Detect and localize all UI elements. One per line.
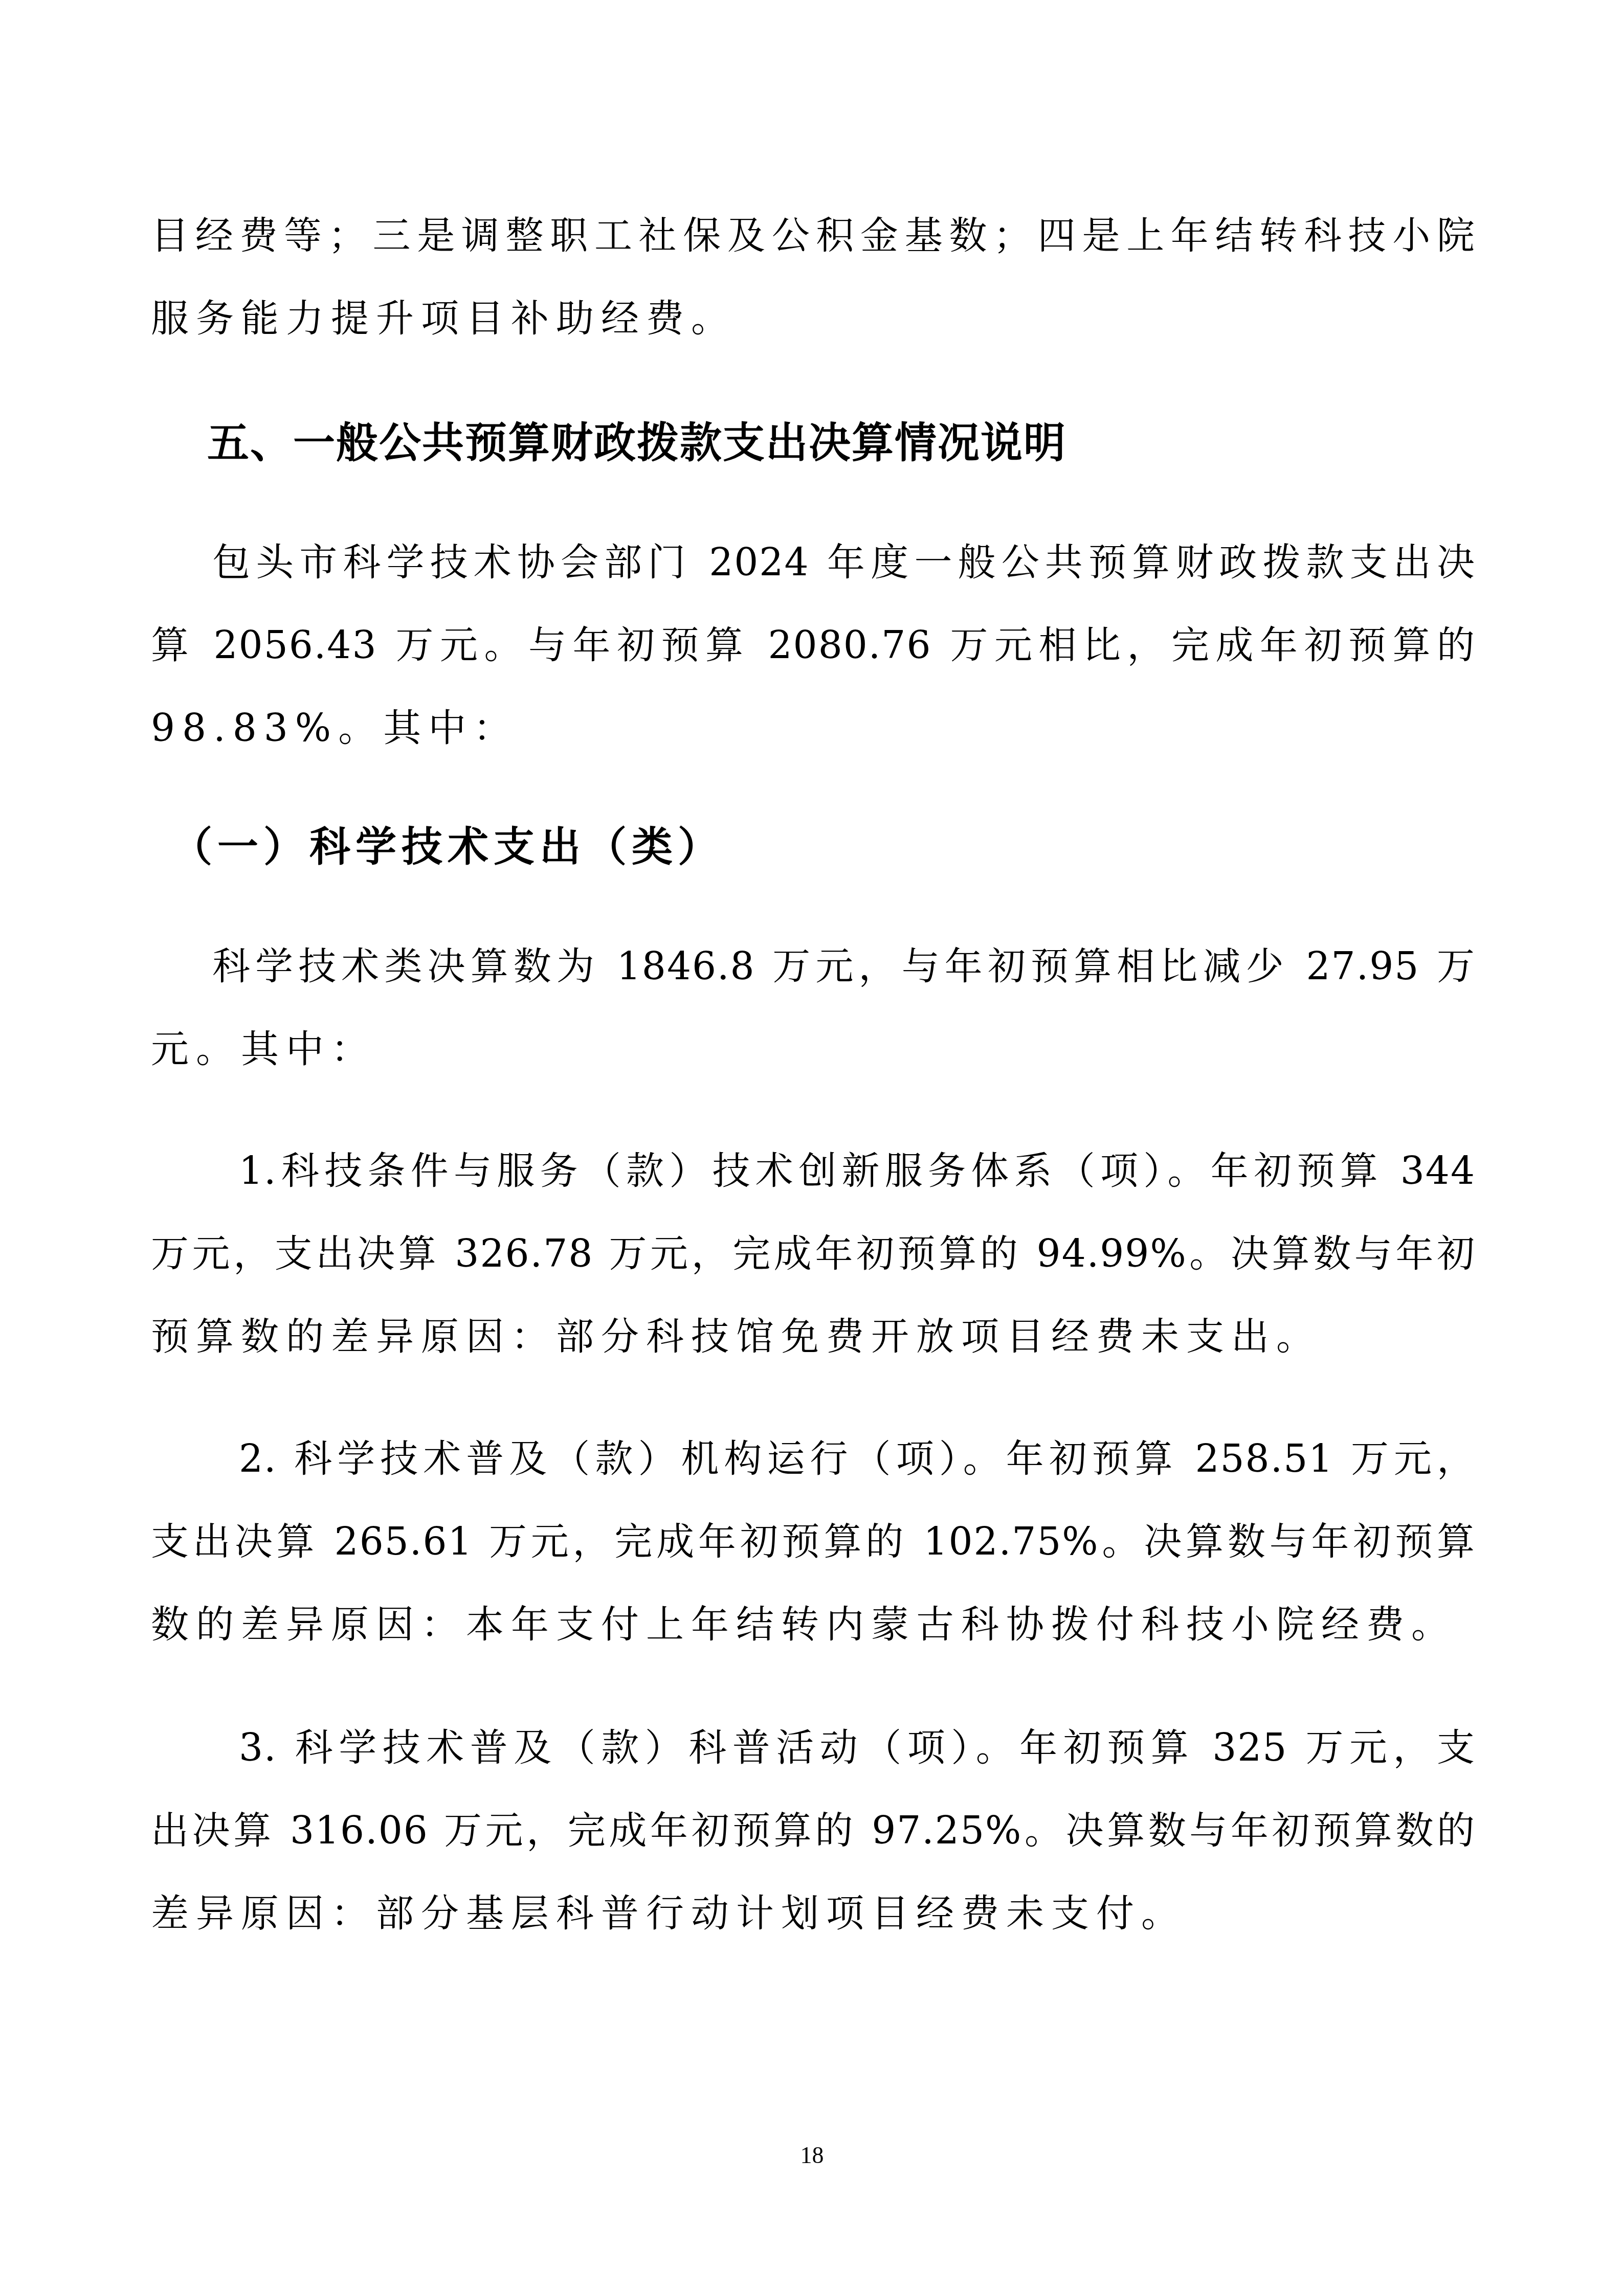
document-page: 目经费等；三是调整职工社保及公积金基数；四是上年结转科技小院 服务能力提升项目补… xyxy=(0,0,1624,2296)
paragraph-line: 算 2056.43 万元。与年初预算 2080.76 万元相比，完成年初预算的 xyxy=(151,604,1476,687)
summary-paragraph: 包头市科学技术协会部门 2024 年度一般公共预算财政拨款支出决 算 2056.… xyxy=(151,521,1476,770)
paragraph-line: 数的差异原因：本年支付上年结转内蒙古科协拨付科技小院经费。 xyxy=(151,1583,1476,1666)
paragraph-line: 差异原因：部分基层科普行动计划项目经费未支付。 xyxy=(151,1872,1476,1955)
paragraph-line: 出决算 316.06 万元，完成年初预算的 97.25%。决算数与年初预算数的 xyxy=(151,1789,1476,1872)
paragraph-line: 目经费等；三是调整职工社保及公积金基数；四是上年结转科技小院 xyxy=(151,194,1476,277)
paragraph-line: 包头市科学技术协会部门 2024 年度一般公共预算财政拨款支出决 xyxy=(151,521,1476,604)
paragraph-line: 3. 科学技术普及（款）科普活动（项）。年初预算 325 万元，支 xyxy=(151,1706,1476,1789)
section-heading: 五、一般公共预算财政拨款支出决算情况说明 xyxy=(207,402,1066,485)
paragraph-line: 服务能力提升项目补助经费。 xyxy=(151,277,1476,360)
paragraph-line: 98.83%。其中： xyxy=(151,687,1476,770)
paragraph-line: 2. 科学技术普及（款）机构运行（项）。年初预算 258.51 万元， xyxy=(151,1417,1476,1500)
item-1-paragraph: 1.科技条件与服务（款）技术创新服务体系（项）。年初预算 344 万元，支出决算… xyxy=(151,1130,1476,1378)
paragraph-line: 预算数的差异原因：部分科技馆免费开放项目经费未支出。 xyxy=(151,1295,1476,1378)
paragraph-line: 元。其中： xyxy=(151,1008,1476,1091)
paragraph-line: 1.科技条件与服务（款）技术创新服务体系（项）。年初预算 344 xyxy=(151,1130,1476,1212)
subsection-heading: （一）科学技术支出（类） xyxy=(171,805,724,888)
continuation-paragraph: 目经费等；三是调整职工社保及公积金基数；四是上年结转科技小院 服务能力提升项目补… xyxy=(151,194,1476,360)
item-3-paragraph: 3. 科学技术普及（款）科普活动（项）。年初预算 325 万元，支 出决算 31… xyxy=(151,1706,1476,1955)
page-number: 18 xyxy=(0,2137,1624,2173)
category-paragraph: 科学技术类决算数为 1846.8 万元，与年初预算相比减少 27.95 万 元。… xyxy=(151,925,1476,1091)
paragraph-line: 科学技术类决算数为 1846.8 万元，与年初预算相比减少 27.95 万 xyxy=(151,925,1476,1008)
paragraph-line: 万元，支出决算 326.78 万元，完成年初预算的 94.99%。决算数与年初 xyxy=(151,1212,1476,1295)
item-2-paragraph: 2. 科学技术普及（款）机构运行（项）。年初预算 258.51 万元， 支出决算… xyxy=(151,1417,1476,1666)
paragraph-line: 支出决算 265.61 万元，完成年初预算的 102.75%。决算数与年初预算 xyxy=(151,1500,1476,1583)
